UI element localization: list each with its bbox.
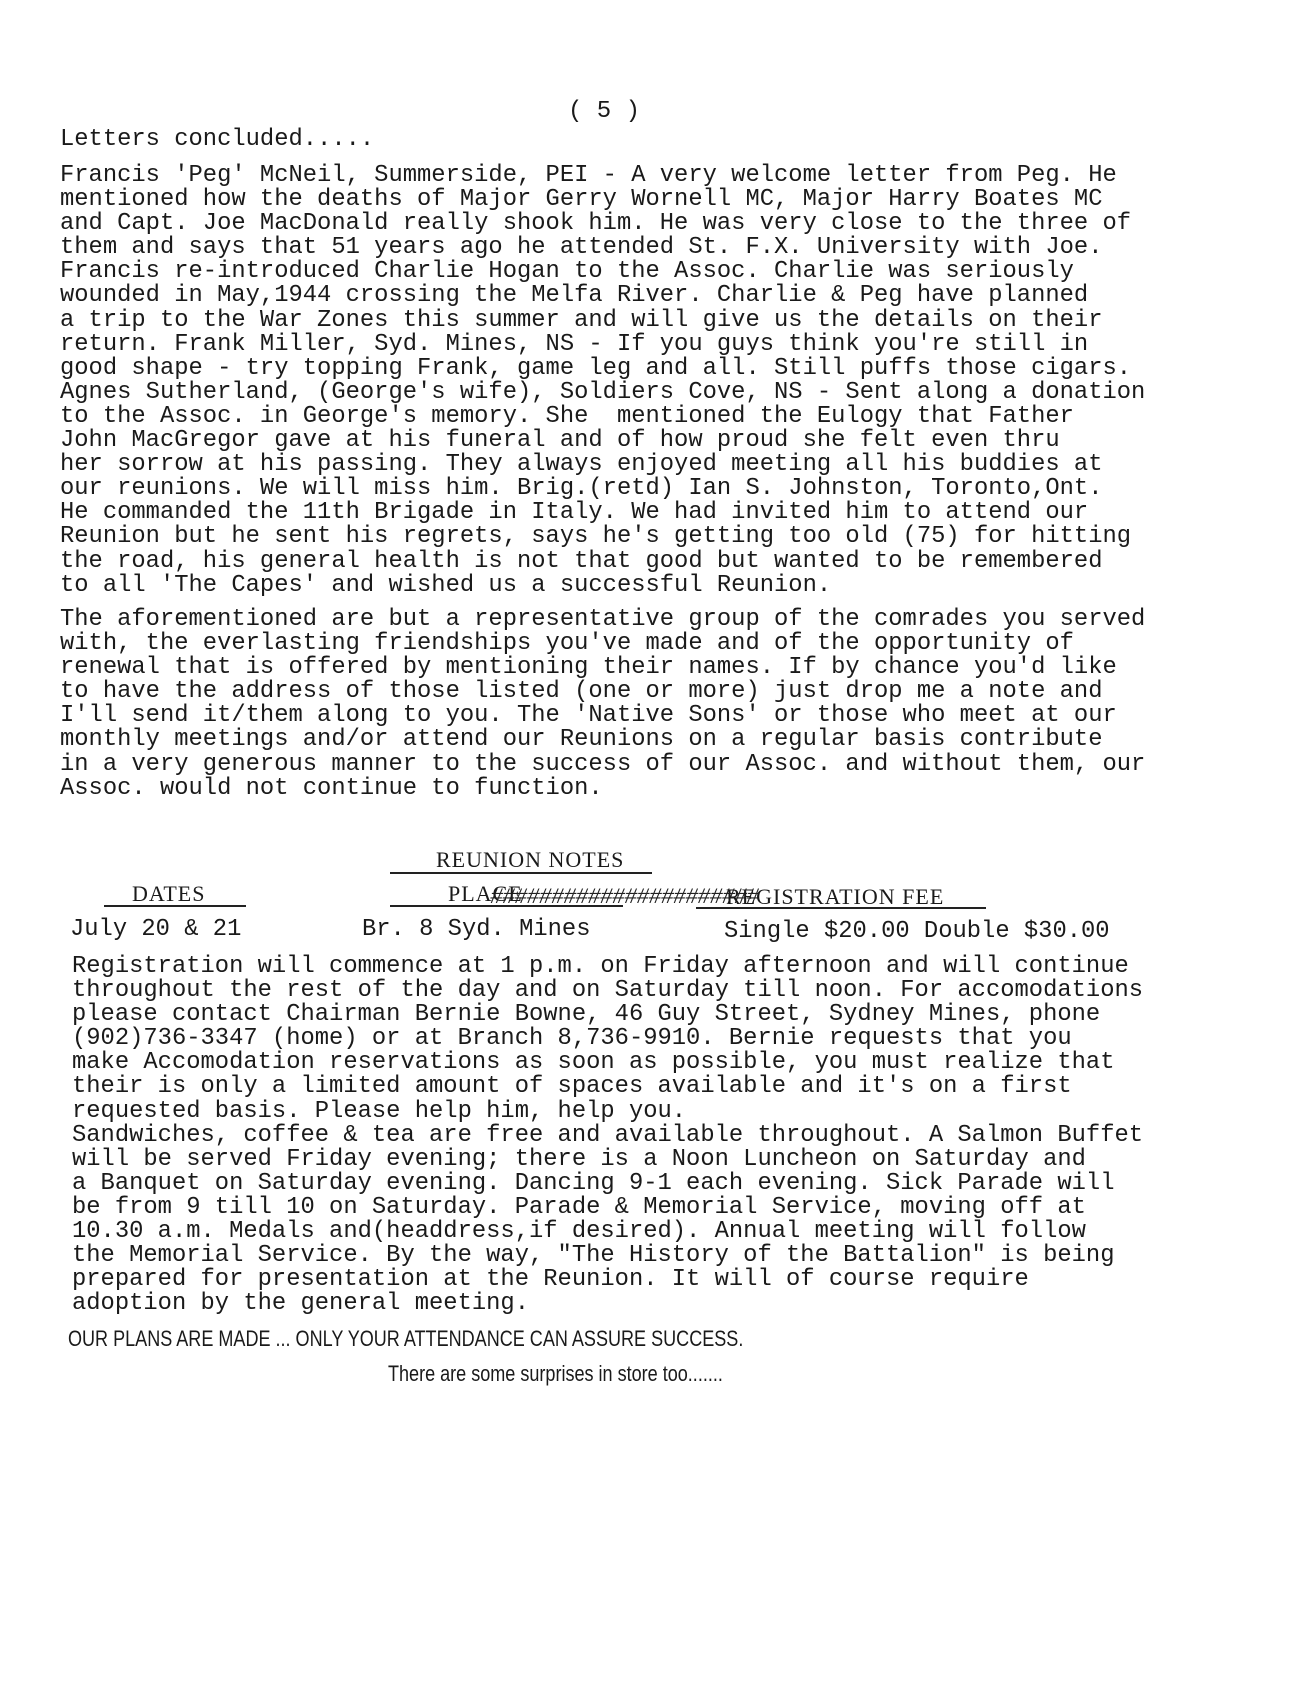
- letters-line: He commanded the 11th Brigade in Italy. …: [60, 501, 1145, 525]
- details-line: make Accomodation reservations as soon a…: [72, 1051, 1143, 1075]
- reunion-notes-underline: [390, 872, 652, 874]
- details-line: requested basis. Please help him, help y…: [72, 1100, 1143, 1124]
- details-line: the Memorial Service. By the way, "The H…: [72, 1244, 1143, 1268]
- details-line: Registration will commence at 1 p.m. on …: [72, 955, 1143, 979]
- dates-header: DATES: [132, 882, 205, 906]
- summary-line: Assoc. would not continue to function.: [60, 777, 1145, 801]
- letters-line: wounded in May,1944 crossing the Melfa R…: [60, 284, 1145, 308]
- summary-line: with, the everlasting friendships you've…: [60, 632, 1145, 656]
- summary-line: The aforementioned are but a representat…: [60, 608, 1145, 632]
- details-line: will be served Friday evening; there is …: [72, 1148, 1143, 1172]
- place-value: Br. 8 Syd. Mines: [362, 918, 591, 942]
- letters-paragraph: Francis 'Peg' McNeil, Summerside, PEI - …: [60, 164, 1145, 598]
- letters-line: to the Assoc. in George's memory. She me…: [60, 405, 1145, 429]
- details-line: Sandwiches, coffee & tea are free and av…: [72, 1124, 1143, 1148]
- letters-line: the road, his general health is not that…: [60, 550, 1145, 574]
- registration-fee-header: REGISTRATION FEE: [726, 885, 944, 909]
- letters-line: a trip to the War Zones this summer and …: [60, 309, 1145, 333]
- letters-line: Agnes Sutherland, (George's wife), Soldi…: [60, 381, 1145, 405]
- place-header: PLACE: [448, 882, 523, 906]
- letters-line: and Capt. Joe MacDonald really shook him…: [60, 212, 1145, 236]
- summary-paragraph: The aforementioned are but a representat…: [60, 608, 1145, 801]
- place-underline: [390, 905, 623, 907]
- registration-fee-value: Single $20.00 Double $30.00: [724, 920, 1110, 944]
- letters-line: Francis re-introduced Charlie Hogan to t…: [60, 260, 1145, 284]
- details-line: their is only a limited amount of spaces…: [72, 1075, 1143, 1099]
- closing-line: OUR PLANS ARE MADE ... ONLY YOUR ATTENDA…: [68, 1327, 743, 1351]
- dates-value: July 20 & 21: [70, 918, 241, 942]
- letters-line: our reunions. We will miss him. Brig.(re…: [60, 477, 1145, 501]
- dates-underline: [104, 905, 246, 907]
- summary-line: in a very generous manner to the success…: [60, 753, 1145, 777]
- details-line: 10.30 a.m. Medals and(headdress,if desir…: [72, 1220, 1143, 1244]
- document-page: ( 5 ) Letters concluded..... Francis 'Pe…: [0, 0, 1300, 1702]
- summary-line: renewal that is offered by mentioning th…: [60, 656, 1145, 680]
- letters-line: her sorrow at his passing. They always e…: [60, 453, 1145, 477]
- details-line: prepared for presentation at the Reunion…: [72, 1268, 1143, 1292]
- reunion-details-paragraph: Registration will commence at 1 p.m. on …: [72, 955, 1143, 1316]
- details-line: adoption by the general meeting.: [72, 1292, 1143, 1316]
- details-line: please contact Chairman Bernie Bowne, 46…: [72, 1003, 1143, 1027]
- letters-line: mentioned how the deaths of Major Gerry …: [60, 188, 1145, 212]
- letters-line: Reunion but he sent his regrets, says he…: [60, 525, 1145, 549]
- surprise-line: There are some surprises in store too...…: [388, 1362, 723, 1386]
- letters-line: return. Frank Miller, Syd. Mines, NS - I…: [60, 333, 1145, 357]
- details-line: (902)736-3347 (home) or at Branch 8,736-…: [72, 1027, 1143, 1051]
- summary-line: I'll send it/them along to you. The 'Nat…: [60, 704, 1145, 728]
- letters-line: to all 'The Capes' and wished us a succe…: [60, 574, 1145, 598]
- registration-fee-underline: [696, 907, 986, 909]
- details-line: throughout the rest of the day and on Sa…: [72, 979, 1143, 1003]
- section-title: Letters concluded.....: [60, 128, 374, 152]
- letters-line: John MacGregor gave at his funeral and o…: [60, 429, 1145, 453]
- letters-line: good shape - try topping Frank, game leg…: [60, 357, 1145, 381]
- reunion-notes-title: REUNION NOTES: [436, 848, 624, 872]
- page-number: ( 5 ): [568, 98, 640, 125]
- letters-line: Francis 'Peg' McNeil, Summerside, PEI - …: [60, 164, 1145, 188]
- summary-line: to have the address of those listed (one…: [60, 680, 1145, 704]
- letters-line: them and says that 51 years ago he atten…: [60, 236, 1145, 260]
- details-line: a Banquet on Saturday evening. Dancing 9…: [72, 1172, 1143, 1196]
- summary-line: monthly meetings and/or attend our Reuni…: [60, 728, 1145, 752]
- details-line: be from 9 till 10 on Saturday. Parade & …: [72, 1196, 1143, 1220]
